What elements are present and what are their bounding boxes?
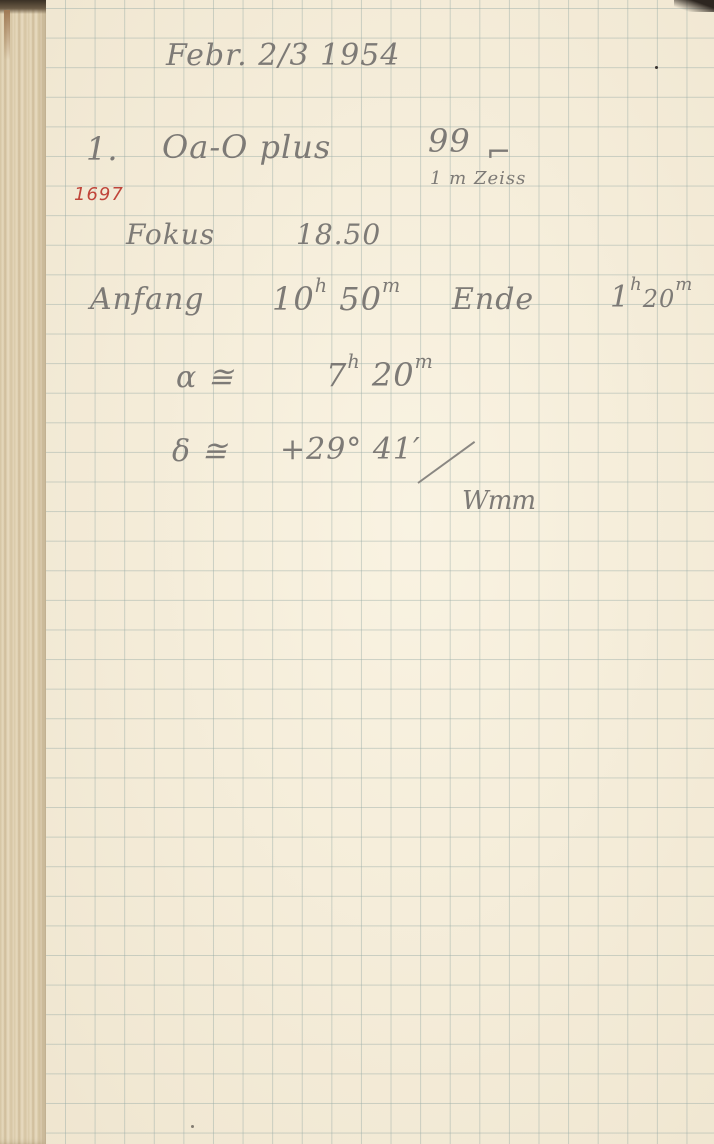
end-minutes-unit: m — [675, 274, 693, 295]
book-page-edges — [0, 0, 46, 1144]
entry-date: Febr. 2/3 1954 — [166, 38, 400, 73]
exposure-value: 99 — [428, 122, 471, 160]
item-number: 1. — [86, 130, 119, 168]
page-corner-shadow — [674, 0, 714, 12]
ra-minutes-unit: m — [415, 350, 434, 373]
declination-value: +29° 41′ — [280, 432, 421, 467]
end-minutes: 20 — [643, 285, 676, 313]
exposure-plate: Oa-O plus — [162, 128, 331, 166]
exposure-note: 1 m Zeiss — [430, 168, 526, 189]
focus-value: 18.50 — [296, 218, 381, 251]
notebook-page — [46, 0, 714, 1144]
start-hours-unit: h — [315, 274, 328, 297]
start-hours: 10 — [272, 280, 315, 318]
ra-hours-unit: h — [347, 350, 360, 373]
end-hours-unit: h — [630, 274, 643, 295]
start-label: Anfang — [90, 282, 205, 317]
focus-label: Fokus — [126, 218, 215, 251]
ink-speck — [191, 1125, 194, 1128]
right-ascension-value: 7h 20m — [326, 356, 434, 394]
signature: Wmm — [462, 486, 535, 516]
plate-number: 1697 — [74, 184, 124, 205]
start-time: 10h 50m — [272, 280, 401, 318]
exposure-bracket: ⌐ — [486, 135, 512, 170]
end-label: Ende — [452, 282, 534, 317]
right-ascension-symbol: α ≅ — [176, 360, 234, 395]
ra-minutes: 20 — [372, 356, 415, 394]
end-time: 1h20m — [610, 280, 693, 315]
end-hours: 1 — [610, 280, 630, 315]
start-minutes: 50 — [339, 280, 382, 318]
ink-speck — [655, 66, 658, 69]
start-minutes-unit: m — [382, 274, 401, 297]
declination-symbol: δ ≅ — [172, 434, 228, 469]
ra-hours: 7 — [326, 356, 347, 394]
